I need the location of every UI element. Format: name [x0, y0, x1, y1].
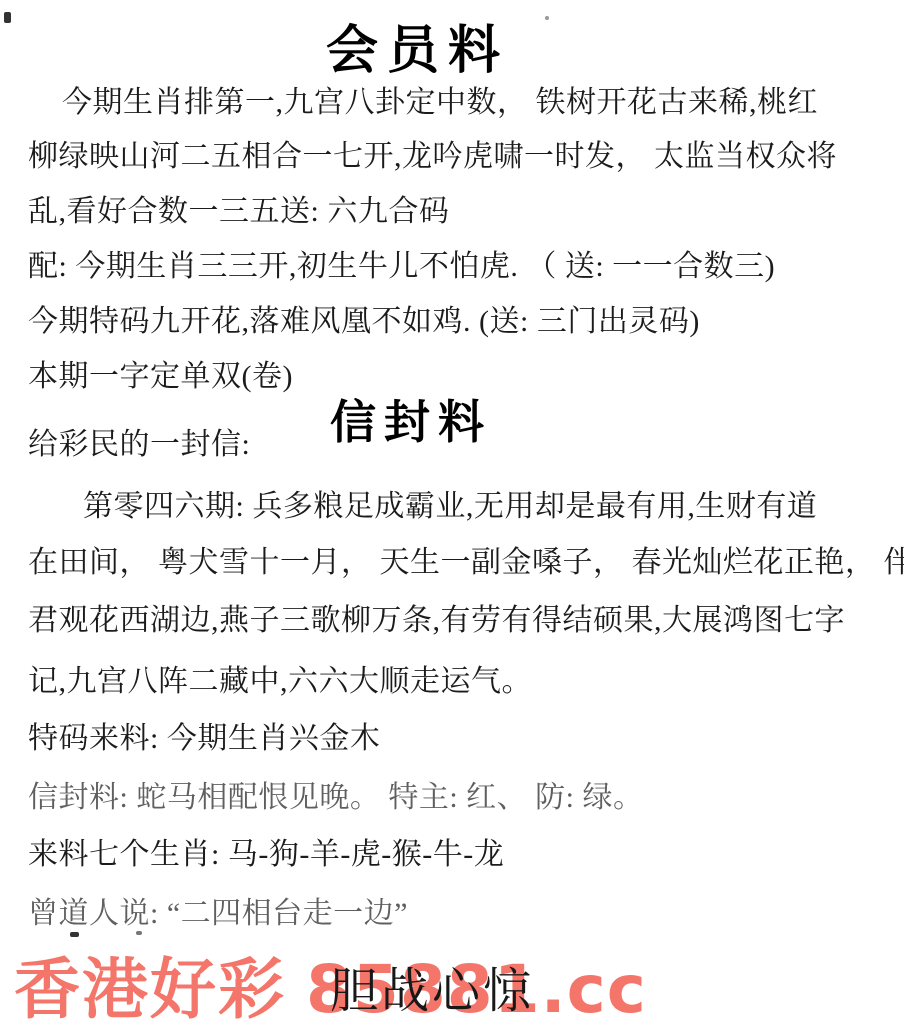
member-line-5: 今期特码九开花,落难风凰不如鸡. (送: 三门出灵码): [28, 305, 700, 338]
envelope-section-title: 信封料: [330, 386, 492, 452]
member-section-title: 会员料: [326, 8, 509, 83]
scanned-lottery-tip-sheet: 会员料 今期生肖排第一,九宫八卦定中数， 铁树开花古来稀,桃红 柳绿映山河二五相…: [0, 0, 904, 1024]
member-line-2: 柳绿映山河二五相合一七开,龙吟虎啸一时发， 太监当权众将: [28, 140, 837, 173]
scan-artifact: [4, 12, 11, 23]
member-line-4: 配: 今期生肖三三开,初生牛儿不怕虎. （ 送: 一一合数三): [28, 250, 775, 283]
scan-artifact: [136, 931, 142, 935]
envelope-line-4: 记,九宫八阵二藏中,六六大顺走运气。: [28, 665, 532, 698]
member-line-6: 本期一字定单双(卷): [28, 360, 293, 393]
envelope-line-3: 君观花西湖边,燕子三歌柳万条,有劳有得结硕果,大展鸿图七字: [28, 604, 845, 637]
envelope-intro: 给彩民的一封信:: [28, 428, 250, 461]
member-line-3: 乱,看好合数一三五送: 六九合码: [28, 195, 449, 228]
member-line-1: 今期生肖排第一,九宫八卦定中数， 铁树开花古来稀,桃红: [28, 86, 818, 119]
envelope-line-2: 在田间， 粤犬雪十一月， 天生一副金嗓子， 春光灿烂花正艳， 伴: [28, 546, 904, 579]
envelope-line-6: 信封料: 蛇马相配恨见晚。 特主: 红、 防: 绿。: [28, 781, 644, 814]
envelope-line-8: 曾道人说: “二四相台走一边”: [28, 897, 408, 930]
scan-artifact: [545, 16, 549, 20]
handwritten-overlay-text: 胆战心惊: [330, 952, 534, 1021]
envelope-line-7: 来料七个生肖: 马-狗-羊-虎-猴-牛-龙: [28, 838, 504, 871]
envelope-line-5: 特码来料: 今期生肖兴金木: [28, 722, 380, 755]
envelope-line-1: 第零四六期: 兵多粮足成霸业,无用却是最有用,生财有道: [28, 490, 817, 523]
watermark-brand: 香港好彩: [14, 951, 286, 1024]
